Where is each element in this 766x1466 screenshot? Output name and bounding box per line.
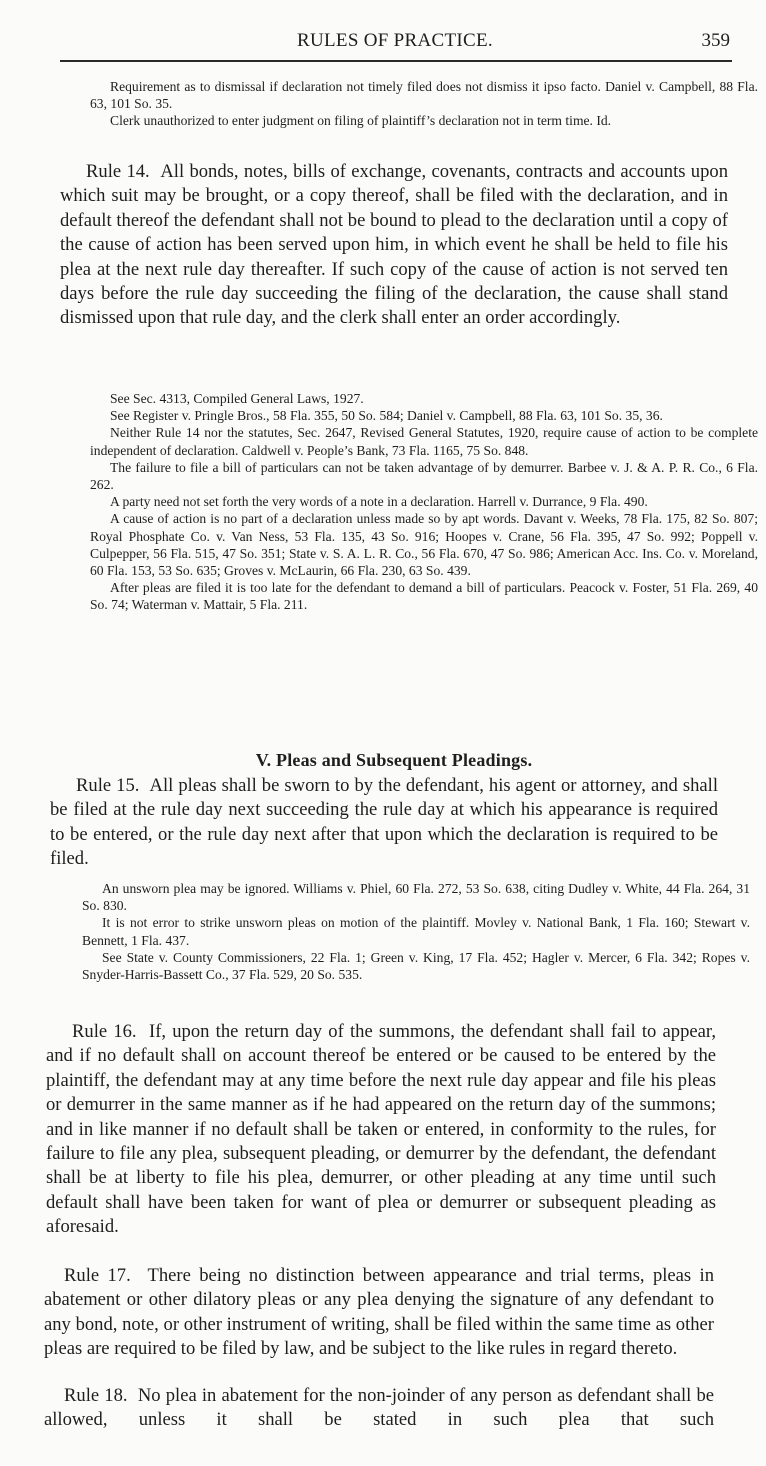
rule-16: Rule 16. If, upon the return day of the …	[46, 1020, 716, 1240]
note-paragraph: An unsworn plea may be ignored. Williams…	[82, 880, 750, 914]
note-paragraph: A party need not set forth the very word…	[90, 493, 758, 510]
rule-label: Rule 16.	[72, 1021, 137, 1042]
note-paragraph: See State v. County Commissioners, 22 Fl…	[82, 949, 750, 983]
rule-text: All pleas shall be sworn to by the defen…	[50, 775, 718, 869]
note-paragraph: Neither Rule 14 nor the statutes, Sec. 2…	[90, 424, 758, 458]
rule-17: Rule 17. There being no distinction betw…	[44, 1264, 714, 1362]
rule-text: There being no distinction between appea…	[44, 1265, 714, 1359]
rule-text: No plea in abatement for the non-joinder…	[44, 1385, 714, 1430]
rule-15-annotations: An unsworn plea may be ignored. Williams…	[50, 880, 766, 983]
note-paragraph: The failure to file a bill of particular…	[90, 459, 758, 493]
top-notes: Requirement as to dismissal if declarati…	[58, 78, 766, 130]
rule-15: Rule 15. All pleas shall be sworn to by …	[50, 774, 718, 872]
note-paragraph: See Register v. Pringle Bros., 58 Fla. 3…	[90, 407, 758, 424]
rule-label: Rule 14.	[86, 161, 150, 182]
running-title: RULES OF PRACTICE.	[60, 30, 730, 52]
rule-14: Rule 14. All bonds, notes, bills of exch…	[60, 160, 728, 331]
rule-label: Rule 15.	[76, 775, 139, 796]
page-number: 359	[702, 30, 731, 52]
rule-18: Rule 18. No plea in abatement for the no…	[44, 1384, 714, 1433]
note-paragraph: Requirement as to dismissal if declarati…	[90, 78, 758, 112]
rule-label: Rule 18.	[64, 1385, 128, 1406]
note-paragraph: Clerk unauthorized to enter judgment on …	[90, 112, 758, 129]
note-paragraph: It is not error to strike unsworn pleas …	[82, 914, 750, 948]
running-head: RULES OF PRACTICE. 359	[60, 26, 730, 56]
rule-14-annotations: See Sec. 4313, Compiled General Laws, 19…	[58, 390, 766, 614]
header-divider	[60, 60, 732, 62]
note-paragraph: See Sec. 4313, Compiled General Laws, 19…	[90, 390, 758, 407]
note-paragraph: A cause of action is no part of a declar…	[90, 510, 758, 579]
section-heading: V. Pleas and Subsequent Pleadings.	[60, 750, 728, 771]
document-page: RULES OF PRACTICE. 359 Requirement as to…	[0, 0, 766, 1466]
rule-text: If, upon the return day of the summons, …	[46, 1021, 716, 1237]
rule-label: Rule 17.	[64, 1265, 131, 1286]
note-paragraph: After pleas are filed it is too late for…	[90, 579, 758, 613]
rule-text: All bonds, notes, bills of exchange, cov…	[60, 161, 728, 328]
